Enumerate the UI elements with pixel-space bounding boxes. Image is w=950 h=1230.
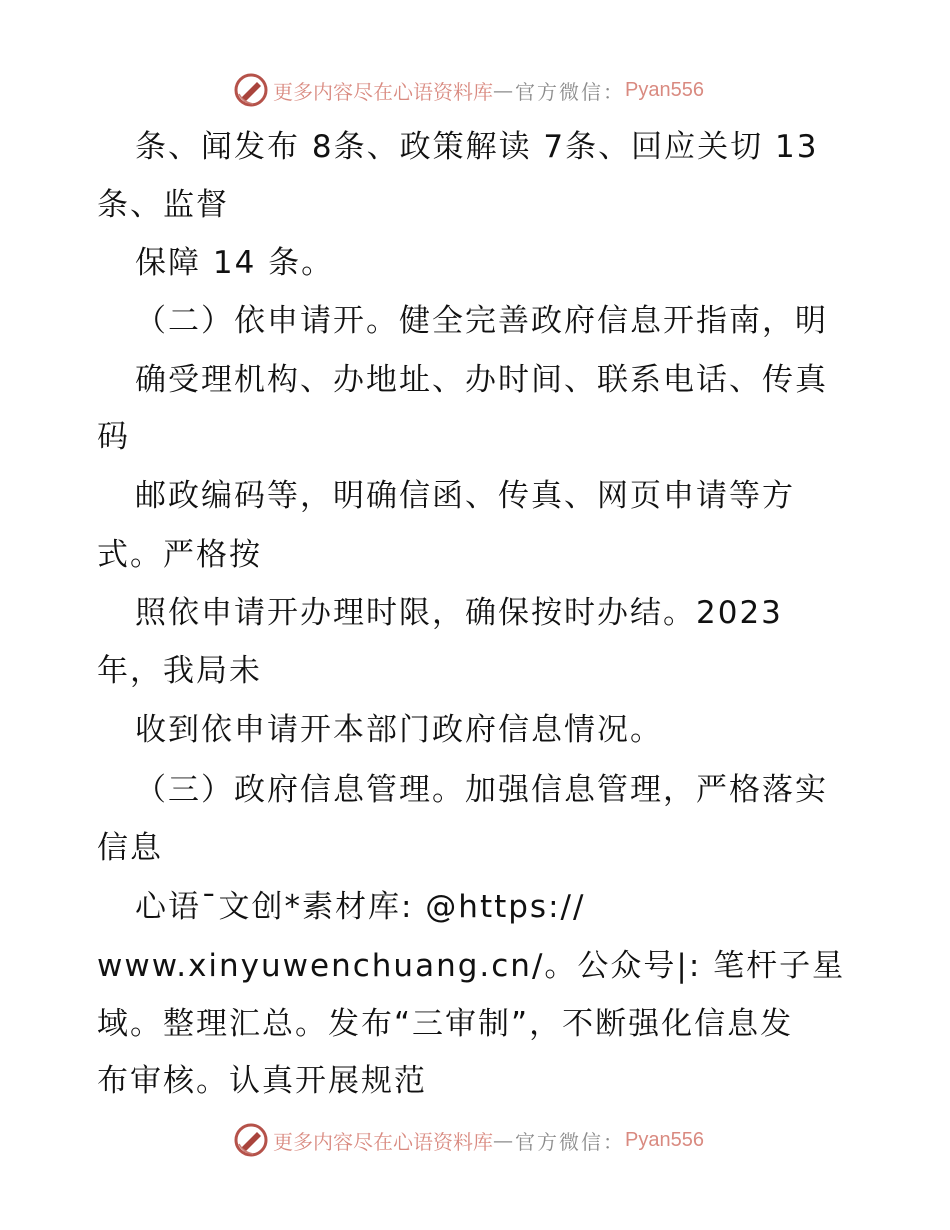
text-line: 保障 14 条。 — [135, 243, 334, 283]
text-line: 式。严格按 — [97, 535, 262, 575]
text-line: 条、监督 — [97, 185, 229, 225]
text-line: 确受理机构、办地址、办时间、联系电话、传真 — [135, 360, 828, 400]
watermark-separator: — — [493, 78, 515, 102]
text-line: 照依申请开办理时限，确保按时办结。2023 — [135, 593, 783, 633]
watermark-brand-text: 更多内容尽在心语资料库 — [273, 76, 493, 105]
watermark-separator: — — [493, 1128, 515, 1152]
watermark-brand-text: 更多内容尽在心语资料库 — [273, 1126, 493, 1155]
watermark-wechat-id: Pyan556 — [625, 79, 704, 102]
text-line: 域。整理汇总。发布“三审制”，不断强化信息发 — [97, 1004, 793, 1044]
text-line: 布审核。认真开展规范 — [97, 1061, 427, 1101]
text-line: （三）政府信息管理。加强信息管理，严格落实 — [135, 770, 828, 810]
pen-logo-icon — [233, 1122, 269, 1158]
text-line: 年，我局未 — [97, 651, 262, 691]
text-line: 码 — [97, 417, 130, 457]
text-line: 条、闻发布 8条、政策解读 7条、回应关切 13 — [135, 127, 818, 167]
header-watermark: 更多内容尽在心语资料库 — 官方微信： Pyan556 — [233, 70, 704, 110]
text-line: 心语¯文创*素材库: @https:// — [135, 887, 585, 927]
text-line: 邮政编码等，明确信函、传真、网页申请等方 — [135, 476, 795, 516]
footer-watermark: 更多内容尽在心语资料库 — 官方微信： Pyan556 — [233, 1120, 704, 1160]
pen-logo-icon — [233, 72, 269, 108]
text-line: （二）依申请开。健全完善政府信息开指南，明 — [135, 301, 828, 341]
watermark-official-label: 官方微信： — [515, 76, 625, 105]
text-line: 收到依申请开本部门政府信息情况。 — [135, 710, 663, 750]
watermark-wechat-id: Pyan556 — [625, 1129, 704, 1152]
text-line: 信息 — [97, 828, 163, 868]
text-line: www.xinyuwenchuang.cn/。公众号|: 笔杆子星 — [97, 946, 845, 986]
watermark-official-label: 官方微信： — [515, 1126, 625, 1155]
